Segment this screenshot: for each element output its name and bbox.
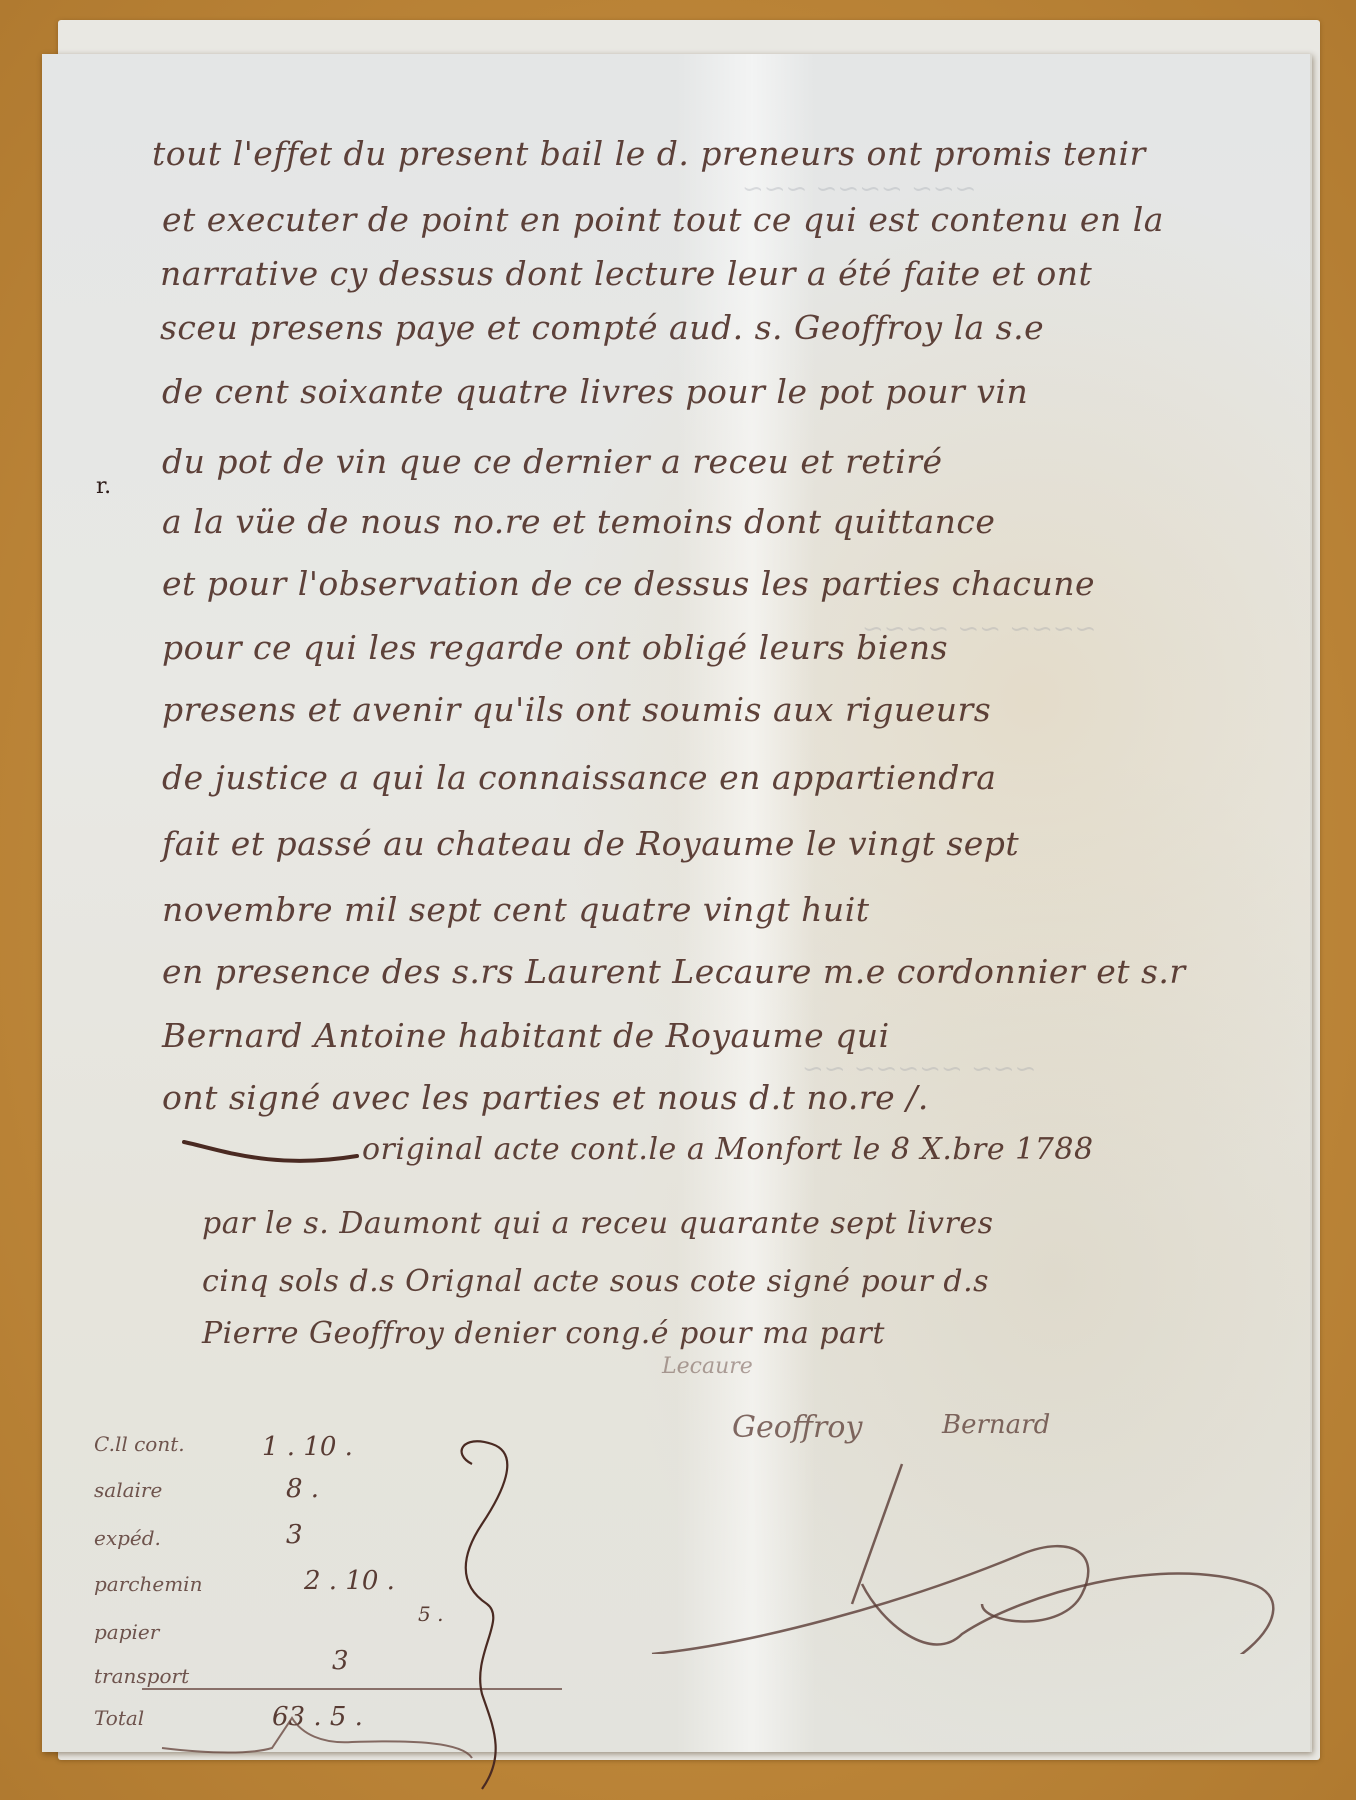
registration-line: Pierre Geoffroy denier cong.é pour ma pa…	[202, 1316, 885, 1351]
account-amount: 2 . 10 .	[304, 1566, 395, 1596]
account-label: transport	[94, 1664, 189, 1688]
body-line: et executer de point en point tout ce qu…	[162, 200, 1164, 239]
account-label: salaire	[94, 1478, 162, 1502]
registration-line: par le s. Daumont qui a receu quarante s…	[202, 1206, 993, 1241]
registration-line: original acte cont.le a Monfort le 8 X.b…	[362, 1132, 1094, 1167]
body-line: presens et avenir qu'ils ont soumis aux …	[162, 690, 991, 729]
body-line: de cent soixante quatre livres pour le p…	[162, 372, 1028, 411]
signature: Lecaure	[662, 1354, 753, 1379]
body-line: fait et passé au chateau de Royaume le v…	[162, 824, 1019, 863]
body-line: tout l'effet du present bail le d. prene…	[152, 134, 1146, 173]
bracket-brace	[412, 1434, 532, 1794]
account-amount: 3	[332, 1646, 349, 1676]
body-line: a la vüe de nous no.re et temoins dont q…	[162, 502, 995, 541]
body-line: ont signé avec les parties et nous d.t n…	[162, 1078, 929, 1117]
account-label: papier	[94, 1620, 159, 1644]
body-line: en presence des s.rs Laurent Lecaure m.e…	[162, 952, 1186, 991]
manuscript-page: ~~~ ~~~~ ~~~ ~~~~ ~~ ~~~~ ~~~ ~~~~~ ~~ r…	[42, 54, 1312, 1752]
margin-mark: r.	[96, 474, 111, 499]
body-line: Bernard Antoine habitant de Royaume qui	[162, 1016, 890, 1055]
account-label: C.ll cont.	[94, 1432, 185, 1456]
body-line: pour ce qui les regarde ont obligé leurs…	[162, 628, 948, 667]
account-label: expéd.	[94, 1526, 161, 1550]
registration-line: cinq sols d.s Orignal acte sous cote sig…	[202, 1264, 989, 1299]
body-line: narrative cy dessus dont lecture leur a …	[160, 254, 1092, 293]
account-amount: 3	[286, 1520, 303, 1550]
body-line: sceu presens paye et compté aud. s. Geof…	[160, 308, 1044, 347]
flourish-stroke	[182, 1134, 362, 1174]
account-amount: 8 .	[286, 1474, 319, 1504]
body-line: et pour l'observation de ce dessus les p…	[162, 564, 1095, 603]
account-label: parchemin	[94, 1572, 202, 1596]
body-line: du pot de vin que ce dernier a receu et …	[162, 442, 943, 481]
signature-flourish	[602, 1434, 1302, 1654]
account-amount: 1 . 10 .	[262, 1432, 353, 1462]
body-line: novembre mil sept cent quatre vingt huit	[162, 890, 870, 929]
body-line: de justice a qui la connaissance en appa…	[162, 758, 996, 797]
total-label: Total	[94, 1706, 144, 1730]
